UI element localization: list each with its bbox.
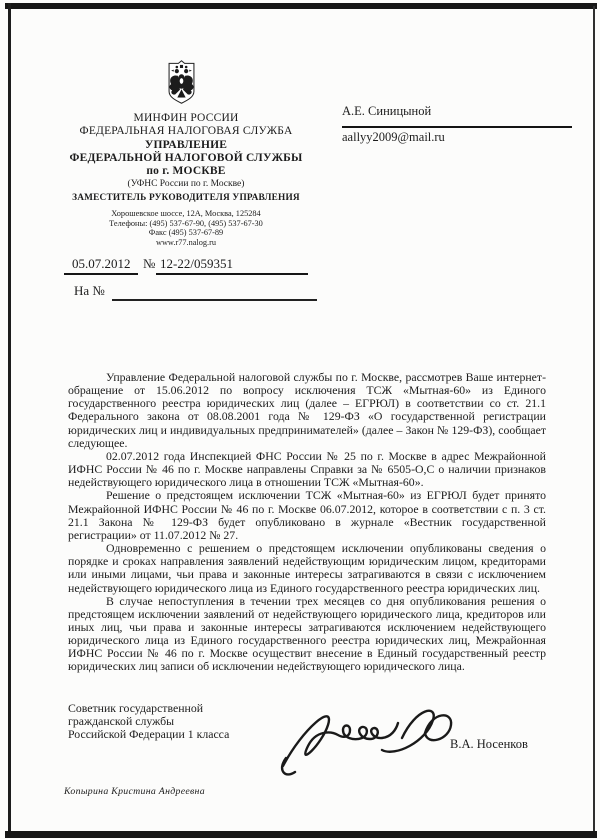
paragraph: 02.07.2012 года Инспекцией ФНС России № … <box>68 450 546 489</box>
org-name-line5: по г. МОСКВЕ <box>56 165 316 178</box>
scan-border-left <box>8 3 11 836</box>
org-name-line1: МИНФИН РОССИИ <box>56 112 316 125</box>
signer-position-line3: Российской Федерации 1 класса <box>68 728 229 741</box>
letter-body: Управление Федеральной налоговой службы … <box>68 371 546 674</box>
handwritten-signature <box>275 700 455 780</box>
paragraph: Управление Федеральной налоговой службы … <box>68 371 546 450</box>
scan-border-right <box>593 6 595 836</box>
recipient-email: aallyy2009@mail.ru <box>342 130 445 145</box>
paragraph: Решение о предстоящем исключении ТСЖ «Мы… <box>68 489 546 542</box>
number-sign: № <box>143 256 155 272</box>
scan-border-bottom <box>5 831 597 838</box>
org-name-line3: УПРАВЛЕНИЕ <box>56 139 316 152</box>
sender-position-title: ЗАМЕСТИТЕЛЬ РУКОВОДИТЕЛЯ УПРАВЛЕНИЯ <box>56 193 316 203</box>
paragraph: В случае непоступления в течении трех ме… <box>68 595 546 674</box>
contact-block: Хорошевское шоссе, 12А, Москва, 125284 Т… <box>56 209 316 248</box>
org-abbreviation: (УФНС России по г. Москве) <box>56 178 316 190</box>
signer-name: В.А. Носенков <box>450 737 528 752</box>
executor-name: Копырина Кристина Андреевна <box>64 786 205 797</box>
website-url: www.r77.nalog.ru <box>56 238 316 248</box>
org-name-line2: ФЕДЕРАЛЬНАЯ НАЛОГОВАЯ СЛУЖБА <box>56 125 316 138</box>
postal-address: Хорошевское шоссе, 12А, Москва, 125284 <box>56 209 316 219</box>
scanned-letter-page: МИНФИН РОССИИ ФЕДЕРАЛЬНАЯ НАЛОГОВАЯ СЛУЖ… <box>0 0 600 839</box>
fax-number: Факс (495) 537-67-89 <box>56 228 316 238</box>
org-name-line4: ФЕДЕРАЛЬНОЙ НАЛОГОВОЙ СЛУЖБЫ <box>56 152 316 165</box>
paragraph: Одновременно с решением о предстоящем ис… <box>68 542 546 595</box>
letter-number: 12-22/059351 <box>160 256 233 272</box>
letter-date: 05.07.2012 <box>72 256 131 272</box>
date-underline <box>64 273 138 275</box>
reply-to-underline <box>112 299 317 301</box>
coat-of-arms-icon <box>167 60 196 104</box>
number-underline <box>156 273 308 275</box>
phone-numbers: Телефоны: (495) 537-67-90, (495) 537-67-… <box>56 219 316 229</box>
signer-position: Советник государственной гражданской слу… <box>68 702 229 741</box>
recipient-name: А.Е. Синицыной <box>342 104 431 119</box>
reply-to-label: На № <box>74 283 105 299</box>
recipient-underline <box>342 126 572 128</box>
letterhead: МИНФИН РОССИИ ФЕДЕРАЛЬНАЯ НАЛОГОВАЯ СЛУЖ… <box>56 112 316 203</box>
scan-border-top <box>5 3 597 9</box>
